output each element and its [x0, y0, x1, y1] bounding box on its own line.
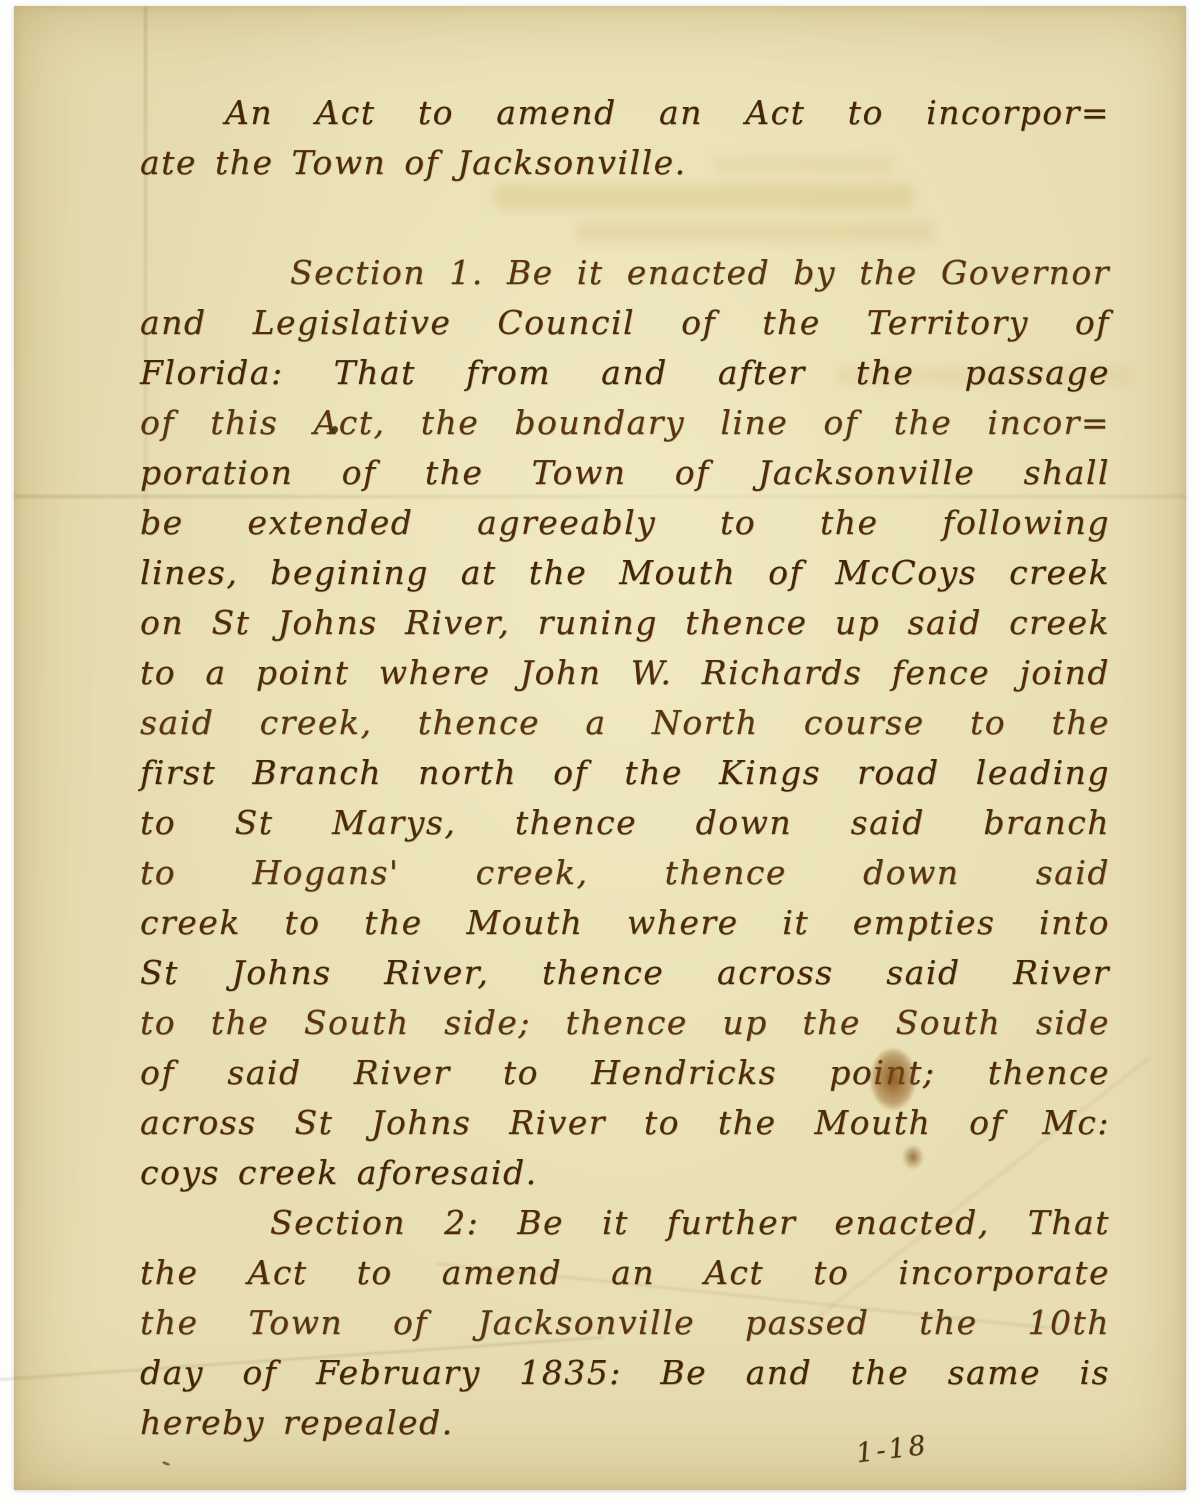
manuscript-line: the Town of Jacksonville passed the 10th [140, 1298, 1110, 1348]
manuscript-line: to Hogans' creek, thence down said [140, 848, 1110, 898]
manuscript-line: and Legislative Council of the Territory… [140, 298, 1110, 348]
manuscript-line: creek to the Mouth where it empties into [140, 898, 1110, 948]
manuscript-line: to St Marys, thence down said branch [140, 798, 1110, 848]
manuscript-line: hereby repealed. [140, 1398, 1110, 1448]
manuscript-line: across St Johns River to the Mouth of Mc… [140, 1098, 1110, 1148]
manuscript-text: An Act to amend an Act to incorpor=ate t… [140, 88, 1110, 1448]
manuscript-line: of this Act, the boundary line of the in… [140, 398, 1110, 448]
manuscript-line: An Act to amend an Act to incorpor= [140, 88, 1110, 138]
manuscript-line: to the South side; thence up the South s… [140, 998, 1110, 1048]
manuscript-line: the Act to amend an Act to incorporate [140, 1248, 1110, 1298]
manuscript-line: first Branch north of the Kings road lea… [140, 748, 1110, 798]
manuscript-line: coys creek aforesaid. [140, 1148, 1110, 1198]
manuscript-page: An Act to amend an Act to incorpor=ate t… [14, 6, 1186, 1490]
manuscript-line: lines, begining at the Mouth of McCoys c… [140, 548, 1110, 598]
manuscript-line: be extended agreeably to the following [140, 498, 1110, 548]
scanned-document: An Act to amend an Act to incorpor=ate t… [0, 0, 1200, 1503]
manuscript-line: on St Johns River, runing thence up said… [140, 598, 1110, 648]
manuscript-line: to a point where John W. Richards fence … [140, 648, 1110, 698]
manuscript-line: Section 1. Be it enacted by the Governor [140, 248, 1110, 298]
manuscript-line: said creek, thence a North course to the [140, 698, 1110, 748]
manuscript-line: day of February 1835: Be and the same is [140, 1348, 1110, 1398]
manuscript-line: poration of the Town of Jacksonville sha… [140, 448, 1110, 498]
ink-speck [162, 1461, 171, 1467]
manuscript-line: of said River to Hendricks point; thence [140, 1048, 1110, 1098]
manuscript-line: Florida: That from and after the passage [140, 348, 1110, 398]
manuscript-line: St Johns River, thence across said River [140, 948, 1110, 998]
manuscript-line: ate the Town of Jacksonville. [140, 138, 1110, 188]
manuscript-line: Section 2: Be it further enacted, That [140, 1198, 1110, 1248]
